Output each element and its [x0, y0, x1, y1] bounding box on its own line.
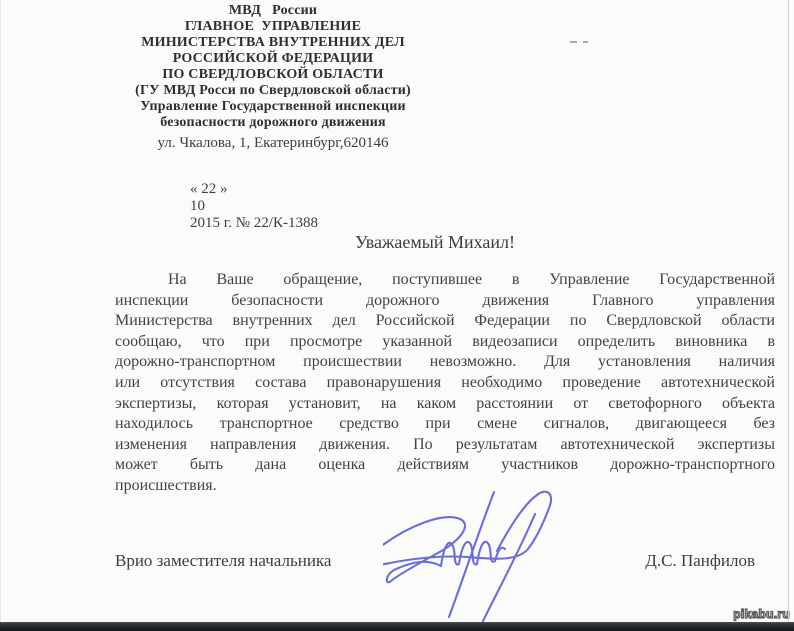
letterhead-line: МВД России — [93, 3, 453, 19]
letterhead-line: ГЛАВНОЕ УПРАВЛЕНИЕ — [93, 19, 453, 35]
body-text-line: находилось транспортное средство при сме… — [115, 414, 775, 435]
date-day: « 22 » — [190, 181, 228, 197]
body-text-line: инспекции безопасности дорожного движени… — [115, 291, 775, 312]
body-text-line: дорожно-транспортном происшествии невозм… — [115, 352, 775, 373]
date-year-number: 2015 г. № 22/К-1388 — [190, 215, 318, 231]
address-line: ул. Чкалова, 1, Екатеринбург,620146 — [93, 135, 453, 152]
letterhead-line: безопасности дорожного движения — [93, 115, 453, 131]
signature-stroke-tall — [449, 492, 494, 617]
signature-stroke-tail — [478, 514, 535, 631]
body-text-line: Министерства внутренних дел Российской Ф… — [115, 311, 775, 332]
body-text-line: изменения направления движения. По резул… — [115, 435, 775, 456]
salutation: Уважаемый Михаил! — [115, 232, 755, 253]
signature-scribble — [383, 487, 588, 631]
letterhead-line: ПО СВЕРДЛОВСКОЙ ОБЛАСТИ — [93, 67, 453, 83]
letterhead-line: (ГУ МВД Росси по Свердловской области) — [93, 83, 453, 99]
letterhead-line: РОССИЙСКОЙ ФЕДЕРАЦИИ — [93, 51, 453, 67]
scan-edge-line — [0, 0, 1, 622]
letterhead-block: МВД РоссииГЛАВНОЕ УПРАВЛЕНИЕМИНИСТЕРСТВА… — [93, 3, 453, 131]
date-month: 10 — [190, 198, 205, 214]
body-text-line: может быть дана оценка действиям участни… — [115, 455, 775, 476]
body-text-line: сообщаю, что при просмотре указанной вид… — [115, 332, 775, 353]
letterhead-line: Управление Государственной инспекции — [93, 99, 453, 115]
scanned-letter-page: МВД РоссииГЛАВНОЕ УПРАВЛЕНИЕМИНИСТЕРСТВА… — [0, 0, 794, 631]
signoff-position-title: Врио заместителя начальника — [115, 551, 331, 571]
body-text-line: экспертизы, которая установит, на каком … — [115, 394, 775, 415]
scan-artifact-dash — [570, 41, 577, 43]
signature-stroke-oval — [383, 517, 465, 582]
scan-edge-line — [788, 0, 789, 622]
bottom-bar — [0, 622, 794, 631]
watermark-pikabu: pikabu.ru — [733, 607, 790, 621]
body-text-line: или отсутствия состава правонарушения не… — [115, 373, 775, 394]
body-paragraph: На Ваше обращение, поступившее в Управле… — [115, 270, 775, 497]
scan-artifact-dash — [583, 41, 588, 43]
signoff-signer-name: Д.С. Панфилов — [645, 551, 755, 571]
body-text-line: На Ваше обращение, поступившее в Управле… — [115, 270, 775, 291]
letterhead-line: МИНИСТЕРСТВА ВНУТРЕННИХ ДЕЛ — [93, 35, 453, 51]
